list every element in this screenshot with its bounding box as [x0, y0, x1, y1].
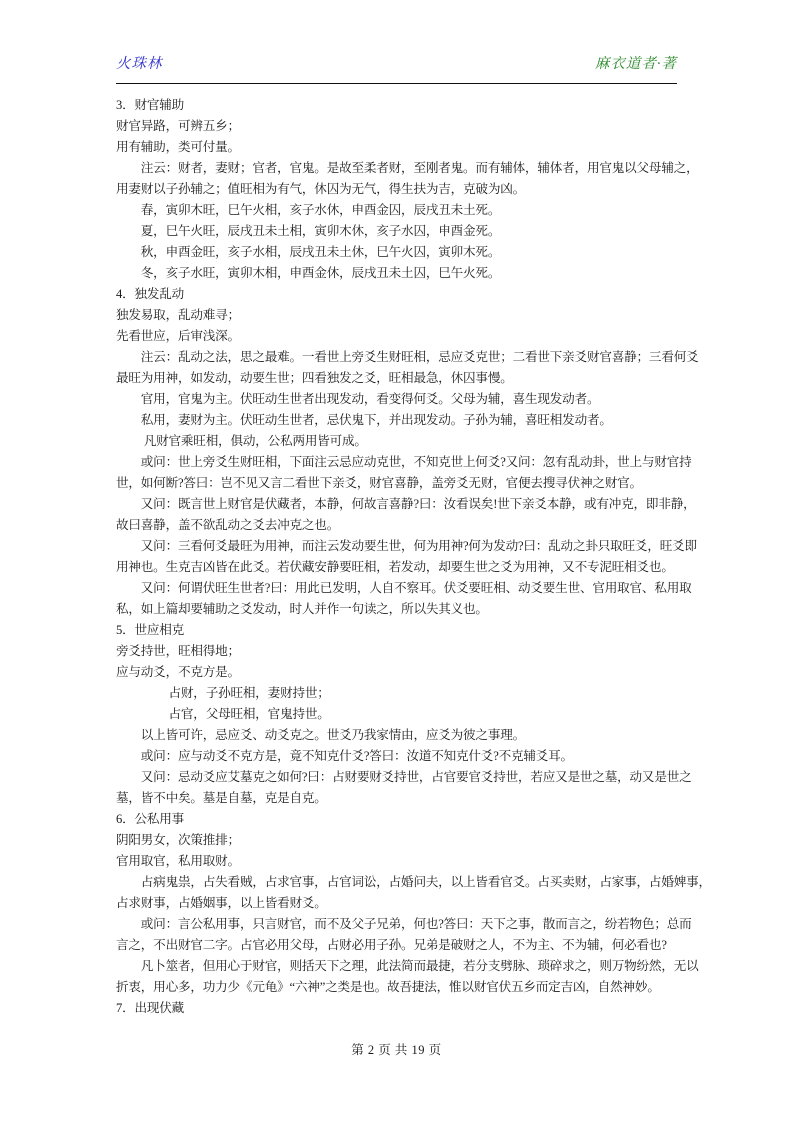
page-header: 火珠林 麻衣道者·著: [116, 52, 677, 73]
text-line: 旁爻持世，旺相得地；: [116, 641, 678, 662]
section-heading: 5．世应相克: [116, 620, 678, 641]
text-line: 又问：忌动爻应艾墓克之如何?曰：占财要财爻持世，占官要官爻持世，若应又是世之墓，…: [116, 767, 678, 788]
text-line: 占官，父母旺相，官鬼持世。: [116, 704, 678, 725]
text-line: 冬，亥子水旺，寅卯木相，申酉金休，辰戌丑未土囚，巳午火死。: [116, 263, 678, 284]
text-line: 又问：三看何爻最旺为用神，而注云发动要生世，何为用神?何为发动?曰：乱动之卦只取…: [116, 536, 678, 557]
text-line: 占求财事，占婚姻事，以上皆看财爻。: [116, 893, 678, 914]
section-heading: 6．公私用事: [116, 809, 678, 830]
page-number-footer: 第 2 页 共 19 页: [0, 1040, 793, 1058]
text-line: 应与动爻，不克方是。: [116, 662, 678, 683]
text-line: 用神也。生克吉凶皆在此爻。若伏藏安静要旺相，若发动，却要生世之爻为用神，又不专泥…: [116, 557, 678, 578]
text-line: 折衷，用心多，功力少《元龟》“六神”之类是也。故吾捷法，惟以财官伏五乡而定吉凶，…: [116, 977, 678, 998]
section-heading: 7．出现伏藏: [116, 998, 678, 1019]
text-line: 先看世应，后审浅深。: [116, 326, 678, 347]
text-line: 注云：财者，妻财；官者，官鬼。是故至柔者财，至刚者鬼。而有辅体，辅体者，用官鬼以…: [116, 158, 678, 179]
text-line: 又问：既言世上财官是伏藏者，本静，何故言喜静?曰：汝看误矣!世下亲爻本静，或有冲…: [116, 494, 678, 515]
text-line: 言之，不出财官二字。占官必用父母，占财必用子孙。兄弟是破财之人，不为主、不为辅，…: [116, 935, 678, 956]
text-line: 秋，申酉金旺，亥子水相，辰戌丑未土休，巳午火囚，寅卯木死。: [116, 242, 678, 263]
text-line: 官用，官鬼为主。伏旺动生世者出现发动，看变得何爻。父母为辅，喜生现发动者。: [116, 389, 678, 410]
text-line: 春，寅卯木旺，巳午火相，亥子水休，申酉金囚，辰戌丑未土死。: [116, 200, 678, 221]
section-heading: 4．独发乱动: [116, 284, 678, 305]
text-line: 用妻财以子孙辅之；值旺相为有气，休囚为无气，得生扶为吉，克破为凶。: [116, 179, 678, 200]
header-divider: [116, 83, 677, 84]
text-line: 阴阳男女，次策推排；: [116, 830, 678, 851]
text-line: 或问：言公私用事，只言财官，而不及父子兄弟，何也?答曰：天下之事，散而言之，纷若…: [116, 914, 678, 935]
text-line: 用有辅助，类可付量。: [116, 137, 678, 158]
text-line: 财官异路，可辨五乡；: [116, 116, 678, 137]
text-line: 墓，皆不中矣。墓是自墓，克是自克。: [116, 788, 678, 809]
text-line: 凡卜筮者，但用心于财官，则括天下之理，此法简而最捷，若分支劈脉、琐碎求之，则万物…: [116, 956, 678, 977]
content: 3．财官辅助财官异路，可辨五乡；用有辅助，类可付量。 注云：财者，妻财；官者，官…: [116, 95, 678, 1019]
text-line: 官用取官，私用取财。: [116, 851, 678, 872]
text-line: 私用，妻财为主。伏旺动生世者，忌伏鬼下，并出现发动。子孙为辅，喜旺相发动者。: [116, 410, 678, 431]
text-line: 私，如上篇却要辅助之爻发动，时人并作一句读之，所以失其义也。: [116, 599, 678, 620]
text-line: 或问：应与动爻不克方是，竟不知克什爻?答曰：汝道不知克什爻?不克辅爻耳。: [116, 746, 678, 767]
text-line: 注云：乱动之法，思之最难。一看世上旁爻生财旺相，忌应爻克世；二看世下亲爻财官喜静…: [116, 347, 678, 368]
text-line: 夏，巳午火旺，辰戌丑未土相，寅卯木休，亥子水囚，申酉金死。: [116, 221, 678, 242]
text-line: 凡财官乘旺相，俱动，公私两用皆可成。: [116, 431, 678, 452]
text-line: 占财，子孙旺相，妻财持世；: [116, 683, 678, 704]
section-heading: 3．财官辅助: [116, 95, 678, 116]
document-page: 火珠林 麻衣道者·著 3．财官辅助财官异路，可辨五乡；用有辅助，类可付量。 注云…: [0, 0, 793, 1122]
author-name: 麻衣道者·著: [595, 52, 677, 73]
text-line: 最旺为用神，如发动，动要生世；四看独发之爻，旺相最急，休囚事慢。: [116, 368, 678, 389]
text-line: 又问：何谓伏旺生世者?曰：用此已发明，人自不察耳。伏爻要旺相、动爻要生世、官用取…: [116, 578, 678, 599]
text-line: 世，如何断?答曰：岂不见又言二看世下亲爻，财官喜静，盖旁爻无财，官便去搜寻伏神之…: [116, 473, 678, 494]
book-title: 火珠林: [116, 52, 163, 73]
text-line: 占病鬼祟，占失看贼，占求官事，占官词讼，占婚问夫，以上皆看官爻。占买卖财，占家事…: [116, 872, 678, 893]
text-line: 或问：世上旁爻生财旺相，下面注云忌应动克世，不知克世上何爻?又问：忽有乱动卦，世…: [116, 452, 678, 473]
text-line: 故曰喜静，盖不欲乱动之爻去冲克之也。: [116, 515, 678, 536]
text-line: 以上皆可许，忌应爻、动爻克之。世爻乃我家情由，应爻为彼之事理。: [116, 725, 678, 746]
text-line: 独发易取，乱动难寻；: [116, 305, 678, 326]
